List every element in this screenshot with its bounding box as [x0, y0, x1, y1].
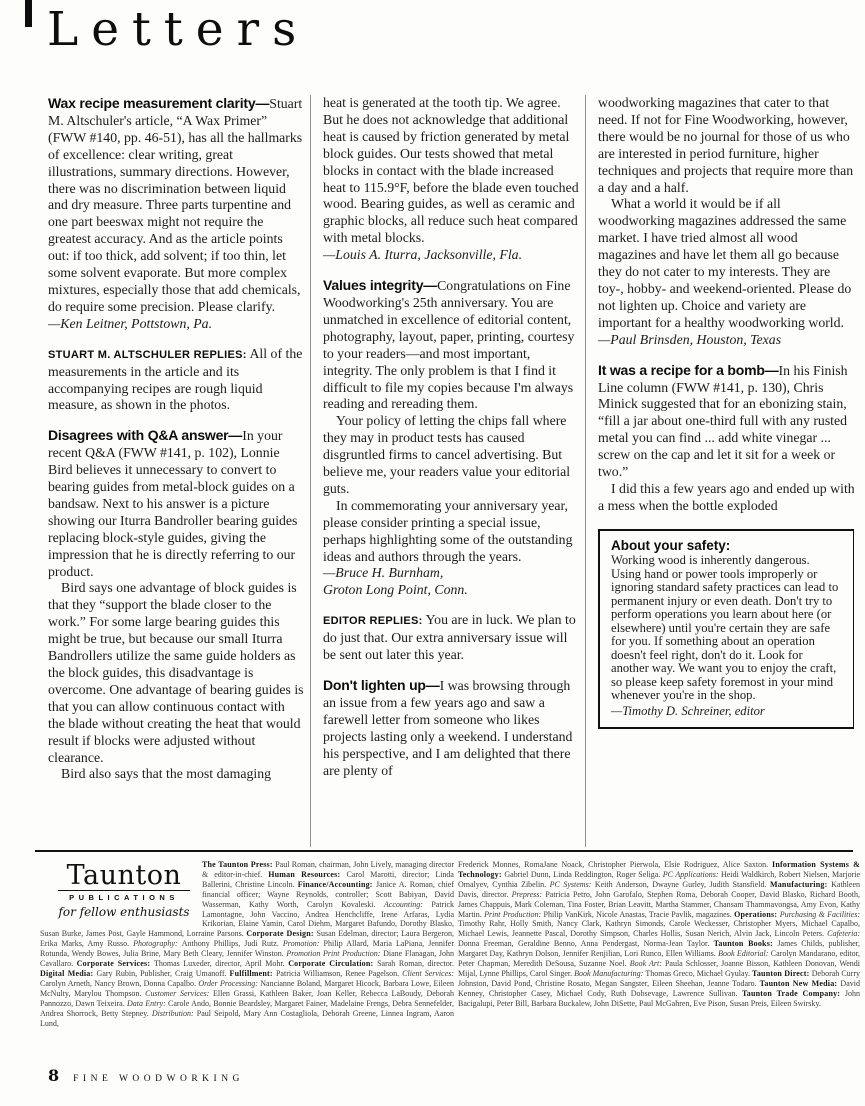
letter-signature: —Bruce H. Burnham, [323, 565, 580, 582]
letter-heading: Values integrity— [323, 277, 437, 293]
reply-paragraph: EDITOR REPLIES: You are in luck. We plan… [323, 612, 580, 664]
letter-paragraph: In commemorating your anniversary year, … [323, 498, 580, 566]
letter-heading: Don't lighten up— [323, 677, 440, 693]
safety-signature: —Timothy D. Schreiner, editor [611, 704, 842, 718]
masthead-column-left: Taunton PUBLICATIONS for fellow enthusia… [40, 860, 454, 1028]
logo-name: Taunton [58, 862, 190, 889]
letter-signature: Groton Long Point, Conn. [323, 582, 580, 599]
letter-paragraph: heat is generated at the tooth tip. We a… [323, 95, 580, 247]
letters-columns: Wax recipe measurement clarity—Stuart M.… [48, 95, 854, 847]
letter-heading: Disagrees with Q&A answer— [48, 427, 242, 443]
letter-body: In your recent Q&A (FWW #141, p. 102), L… [48, 428, 297, 578]
letter-body: In his Finish Line column (FWW #141, p. … [598, 363, 848, 479]
masthead-divider-rule [35, 850, 853, 852]
page-corner-mark [25, 0, 32, 27]
letter-paragraph: woodworking magazines that cater to that… [598, 95, 854, 196]
safety-notice-box: About your safety: Working wood is inher… [598, 529, 854, 729]
letter-heading: Wax recipe measurement clarity— [48, 95, 269, 111]
letter-paragraph: Disagrees with Q&A answer—In your recent… [48, 427, 305, 580]
letter-paragraph: Values integrity—Congratulations on Fine… [323, 277, 580, 413]
letter-paragraph: It was a recipe for a bomb—In his Finish… [598, 362, 854, 481]
letter-paragraph: Don't lighten up—I was browsing through … [323, 677, 580, 779]
letter-signature: —Paul Brinsden, Houston, Texas [598, 332, 854, 349]
letter-paragraph: Bird also says that the most damaging [48, 766, 305, 783]
letter-body: Stuart M. Altschuler's article, “A Wax P… [48, 96, 302, 314]
letter-paragraph: Wax recipe measurement clarity—Stuart M.… [48, 95, 305, 316]
page-number: 8 [48, 1066, 59, 1085]
logo-tagline: for fellow enthusiasts [58, 908, 190, 918]
letter-heading: It was a recipe for a bomb— [598, 362, 779, 378]
letter-paragraph: Your policy of letting the chips fall wh… [323, 413, 580, 498]
letter-signature: —Louis A. Iturra, Jacksonville, Fla. [323, 247, 580, 264]
column-1: Wax recipe measurement clarity—Stuart M.… [48, 95, 305, 847]
masthead-column-right: Frederick Monnes, RomaJane Noack, Christ… [458, 860, 860, 1009]
page-title: Letters [47, 2, 309, 57]
letter-paragraph: Bird says one advantage of block guides … [48, 580, 305, 766]
reply-label: EDITOR REPLIES: [323, 615, 423, 627]
taunton-publications-logo: Taunton PUBLICATIONS for fellow enthusia… [58, 862, 190, 918]
column-2: heat is generated at the tooth tip. We a… [310, 95, 580, 847]
letter-signature: —Ken Leitner, Pottstown, Pa. [48, 316, 305, 333]
column-3: woodworking magazines that cater to that… [585, 95, 854, 847]
page-footer: 8 FINE WOODWORKING [48, 1066, 244, 1085]
letter-paragraph: What a world it would be if all woodwork… [598, 196, 854, 331]
logo-subtitle: PUBLICATIONS [58, 890, 190, 903]
letter-body: Congratulations on Fine Woodworking's 25… [323, 278, 574, 411]
reply-label: STUART M. ALTSCHULER REPLIES: [48, 349, 247, 361]
reply-paragraph: STUART M. ALTSCHULER REPLIES: All of the… [48, 346, 305, 415]
magazine-name: FINE WOODWORKING [73, 1074, 244, 1084]
safety-body: Working wood is inherently dangerous. Us… [611, 554, 842, 703]
safety-heading: About your safety: [611, 539, 842, 553]
masthead-text-right: Frederick Monnes, RomaJane Noack, Christ… [458, 860, 860, 1008]
letter-paragraph: I did this a few years ago and ended up … [598, 481, 854, 515]
